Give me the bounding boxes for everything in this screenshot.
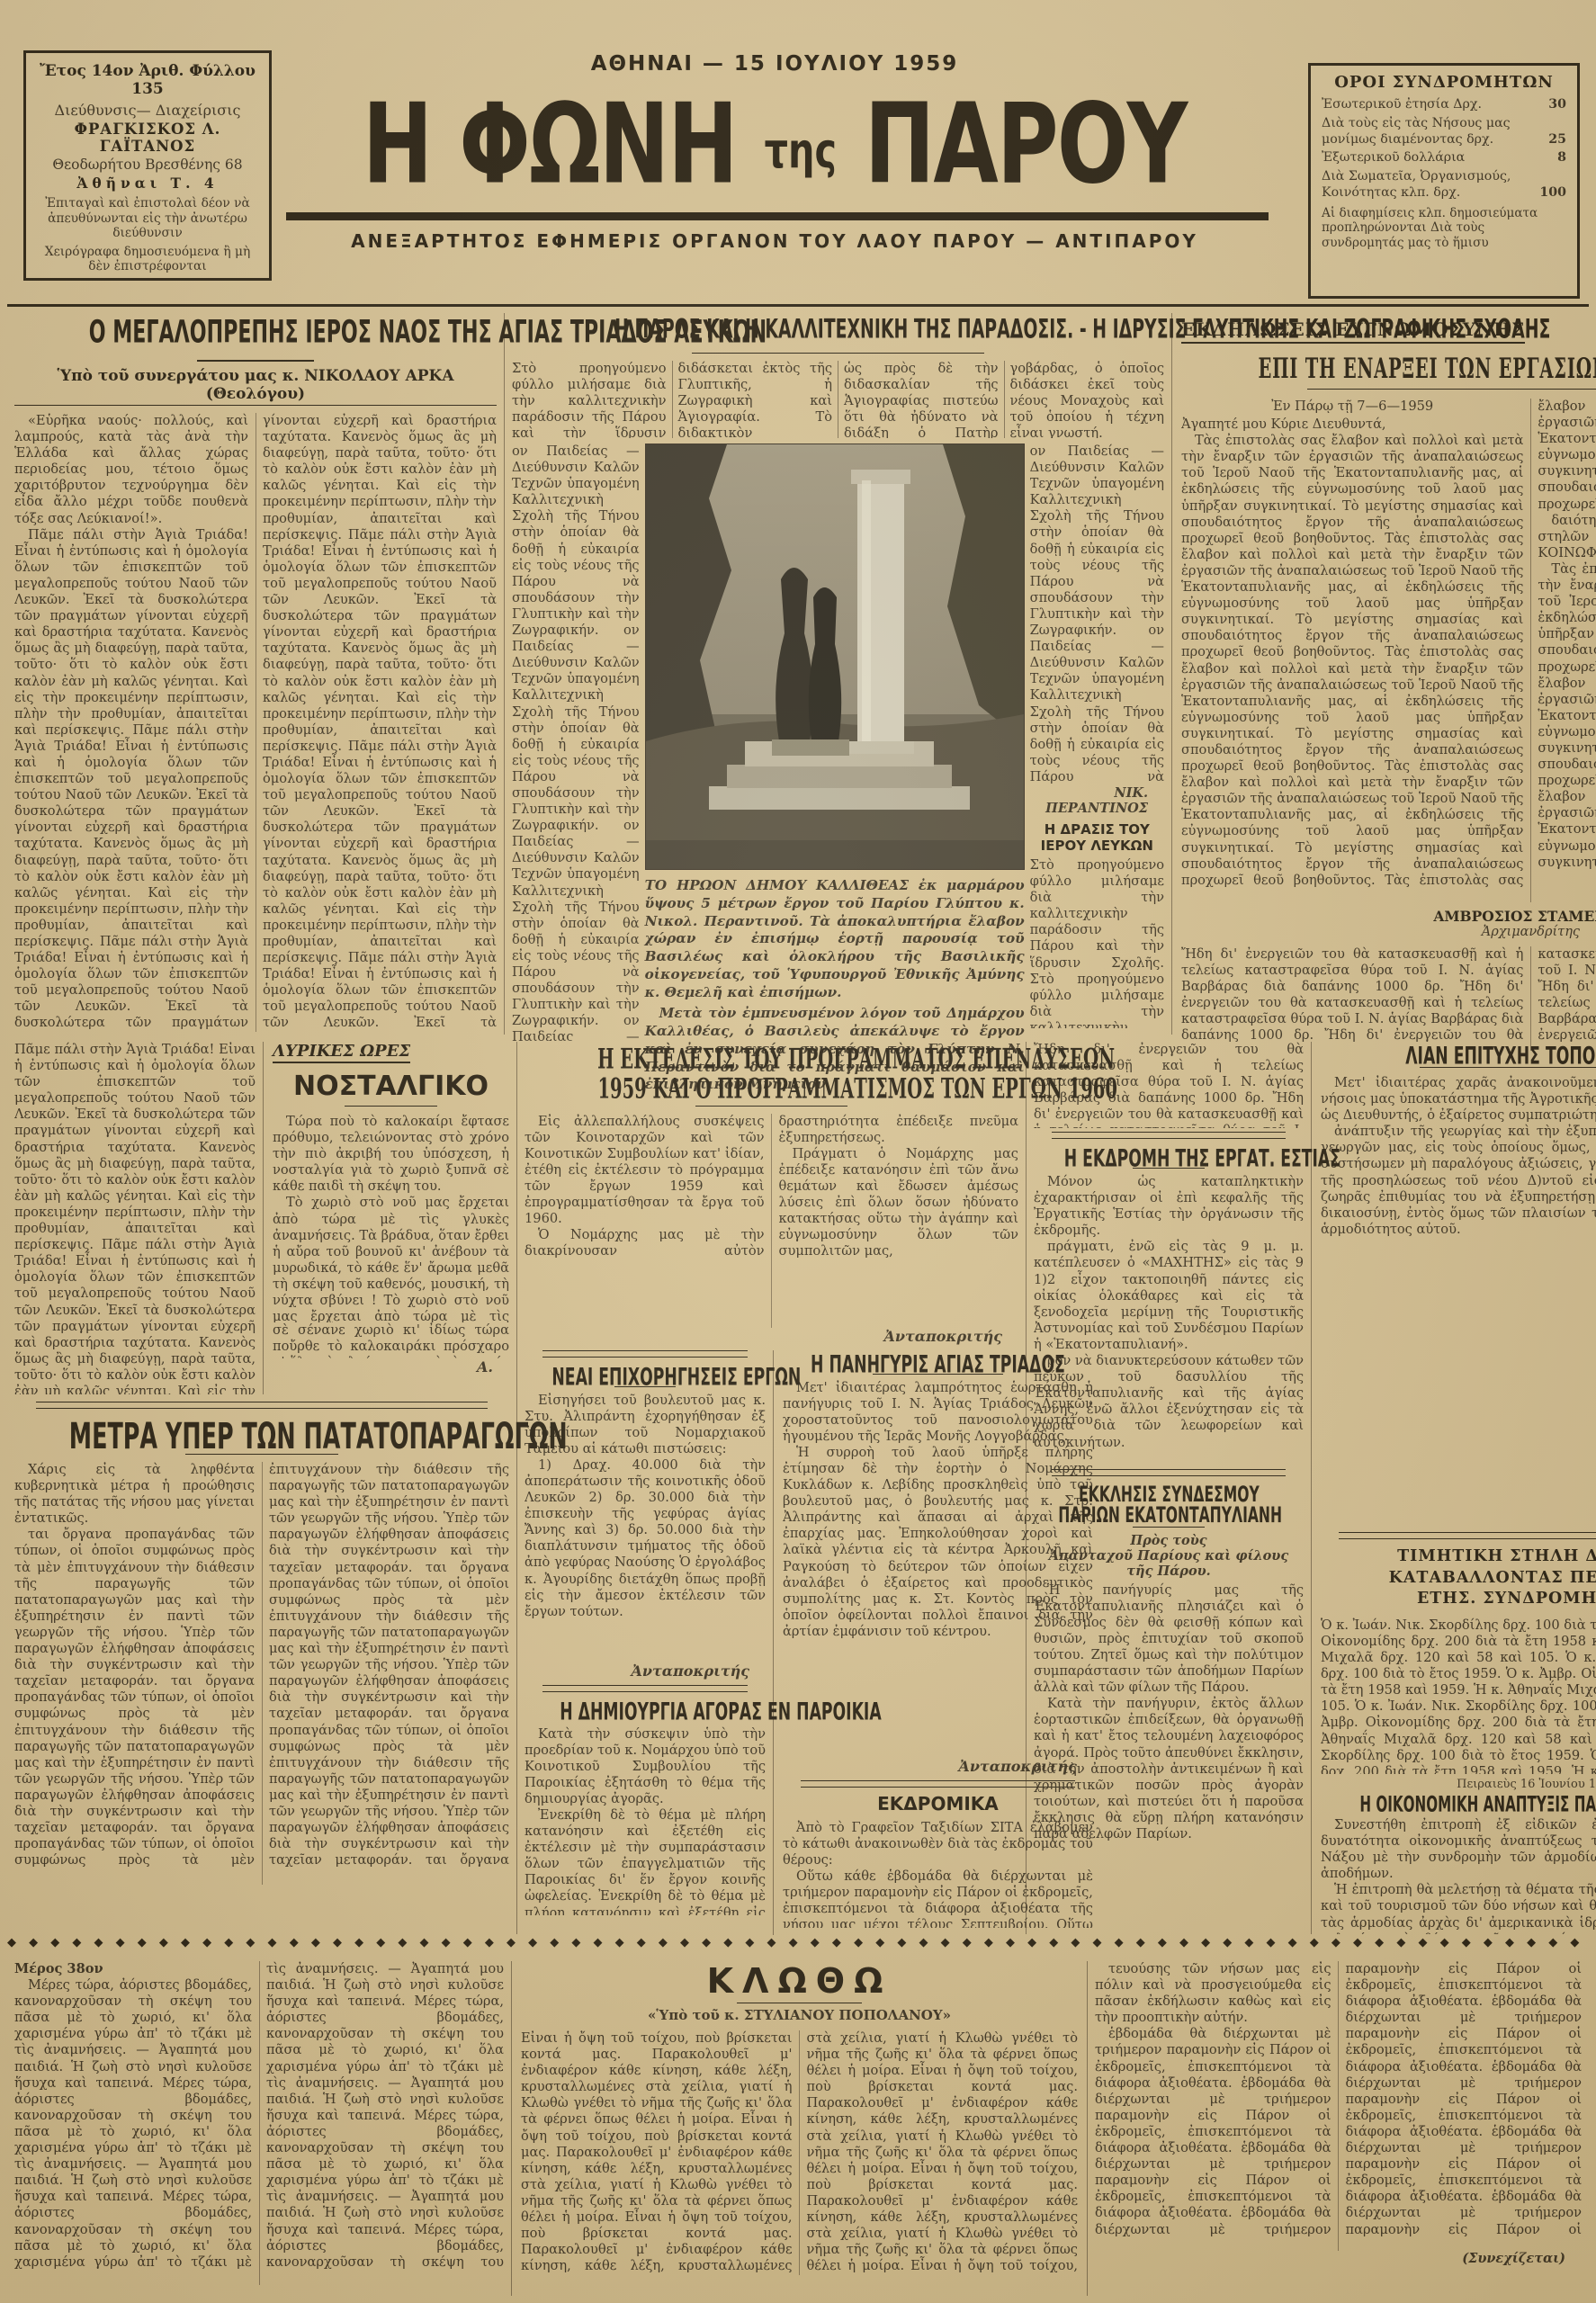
article-nostalgiko: ΛΥΡΙΚΕΣ ΩΡΕΣ ΝΟΣΤΑΛΓΙΚΟ Τώρα ποὺ τὸ καλο… <box>263 1042 509 1394</box>
article-kicker: ΛΥΡΙΚΕΣ ΩΡΕΣ <box>273 1042 410 1063</box>
masthead-rule <box>286 212 1269 220</box>
top-band: Ο ΜΕΓΑΛΟΠΡΕΠΗΣ ΙΕΡΟΣ ΝΑΟΣ ΤΗΣ ΑΓΙΑΣ ΤΡΙΑ… <box>7 313 1589 1035</box>
bottom-band: Μέρος 38ον Μέρες τώρα, ἀόριστες βδομάδες… <box>7 1961 1589 2296</box>
headline-rule <box>1307 389 1596 390</box>
mid-center-section: Η ΕΚΤΕΛΕΣΙΣ ΤΟΥ ΠΡΟΓΡΑΜΜΑΤΟΣ ΕΠΕΝΔΥΣΕΩΝ … <box>516 1042 1026 1934</box>
article-headline: ΚΛΩΘΩ <box>521 1961 1078 2001</box>
article-ependyseis-body: Εἰς ἀλλεπαλλήλους συσκέψεις τῶν Κοινοταρ… <box>525 1114 1018 1328</box>
photo-row: ον Παιδείας — Διεύθυνσιν Καλῶν Τεχνῶν ὑπ… <box>512 444 1164 1041</box>
article-panigyris-headline: Η ΠΑΝΗΓΥΡΙΣ ΑΓΙΑΣ ΤΡΙΑΔΟΣ <box>783 1350 1093 1372</box>
article-signature: Ἀνταποκριτής <box>525 1328 1018 1345</box>
terms-value: 100 <box>1539 185 1566 202</box>
article-signature: ΝΙΚ. ΠΕΡΑΝΤΙΝΟΣ <box>1030 785 1164 816</box>
mid-right-section: Ἤδη δι' ἐνεργειῶν του θὰ κατασκευασθῇ κα… <box>1026 1042 1596 1934</box>
bottom-right-text: τευούσης τῶν νήσων μας εἰς πόλιν καὶ νὰ … <box>1095 1961 1582 2251</box>
ornament-divider: ◆ ◆ ◆ ◆ ◆ ◆ ◆ ◆ ◆ ◆ ◆ ◆ ◆ ◆ ◆ ◆ ◆ ◆ ◆ ◆ … <box>7 1936 1589 1956</box>
article-lian-body: Μετ' ἰδιαιτέρας χαρᾶς ἀνακοινοῦμεν, ὅτι … <box>1321 1075 1596 1525</box>
serial-story-continuation: Μέρος 38ον Μέρες τώρα, ἀόριστες βδομάδες… <box>7 1961 511 2296</box>
subheadline: Η ΔΡΑΣΙΣ ΤΟΥ ΙΕΡΟΥ ΛΕΥΚΩΝ <box>1030 821 1164 854</box>
title-part-3: ΠΑΡΟΥ <box>865 79 1187 209</box>
article-ekklisis-headline: ΕΚΚΛΗΣΙΣ ΣΥΝΔΕΣΜΟΥ ΠΑΡΙΩΝ ΕΚΑΤΟΝΤΑΠΥΛΙΑΝ… <box>1034 1482 1304 1523</box>
terms-title: ΟΡΟΙ ΣΥΝΔΡΟΜΗΤΩΝ <box>1322 73 1566 92</box>
headline-ornament <box>197 360 314 362</box>
subscription-terms-box: ΟΡΟΙ ΣΥΝΔΡΟΜΗΤΩΝ Ἐσωτερικοῦ ἐτησία Δρχ.3… <box>1308 63 1580 299</box>
terms-value: 8 <box>1557 150 1566 166</box>
publisher-name: ΦΡΑΓΚΙΣΚΟΣ Λ. ΓΑΪΤΑΝΟΣ <box>37 121 258 155</box>
mid-left-section: Πᾶμε πάλι στὴν Ἁγιὰ Τριάδα! Εἶναι ἡ ἐντύ… <box>7 1042 516 1934</box>
article-ergatiki-headline: Η ΕΚΔΡΟΜΗ ΤΗΣ ΕΡΓΑΤ. ΕΣΤΙΑΣ <box>1034 1144 1304 1166</box>
terms-row: Ἐσωτερικοῦ ἐτησία Δρχ.30 <box>1322 97 1566 113</box>
article-ergatiki-body: Μόνον ὡς καταπληκτικὴν ἐχαρακτήρισαν οἱ … <box>1034 1174 1304 1464</box>
newspaper-front-page: Ἔτος 14ον Ἀριθ. Φύλλου 135 Διεύθυνσις— Δ… <box>0 0 1596 2303</box>
terms-value: 25 <box>1548 132 1566 148</box>
monument-photo <box>645 444 1025 870</box>
terms-row: Ἐξωτερικοῦ δολλάρια8 <box>1322 150 1566 166</box>
header-divider <box>7 304 1589 307</box>
dateline: ΑΘΗΝΑΙ — 15 ΙΟΥΛΙΟΥ 1959 <box>297 52 1252 76</box>
letter-dateline: Ἐν Πάρῳ τῇ 7—6—1959 <box>1181 399 1523 415</box>
right-subcolumn-b: ΛΙΑΝ ΕΠΙΤΥΧΗΣ ΤΟΠΟΘΕΤΗΣΙΣ Μετ' ἰδιαιτέρα… <box>1311 1042 1596 1934</box>
right-subcolumn-a: Ἤδη δι' ἐνεργειῶν του θὰ κατασκευασθῇ κα… <box>1034 1042 1311 1934</box>
title-part-2: της <box>765 121 837 179</box>
ekklisis-address: Πρὸς τοὺς Ἀπανταχοῦ Παρίους καὶ φίλους τ… <box>1034 1533 1304 1579</box>
article-agia-triada: Ο ΜΕΓΑΛΟΠΡΕΠΗΣ ΙΕΡΟΣ ΝΑΟΣ ΤΗΣ ΑΓΙΑΣ ΤΡΙΑ… <box>7 313 504 1035</box>
issue-number-line: Ἔτος 14ον Ἀριθ. Φύλλου 135 <box>37 62 258 98</box>
terms-row: Διὰ Σωματεῖα, Ὀργανισμούς, Κοινότητας κλ… <box>1322 169 1566 202</box>
oikonomiki-dateline: Πειραιεὺς 16 Ἰουνίου 1959 <box>1321 1778 1596 1791</box>
headline-rule <box>737 2003 862 2003</box>
article-byline: Ὑπὸ τοῦ συνεργάτου μας κ. ΝΙΚΟΛΑΟΥ ΑΡΚΑ … <box>14 367 497 406</box>
article-headline: ΝΟΣΤΑΛΓΙΚΟ <box>273 1071 509 1102</box>
publisher-city: Ἀθῆναι Τ. 4 <box>37 175 258 192</box>
management-line: Διεύθυνσις— Διαχείρισις <box>37 102 258 119</box>
remittance-note: Ἐπιταγαὶ καὶ ἐπιστολαὶ δέον νὰ ἀπευθύνων… <box>37 196 258 241</box>
continuation-column: Πᾶμε πάλι στὴν Ἁγιὰ Τριάδα! Εἶναι ἡ ἐντύ… <box>14 1042 263 1394</box>
article-body: Εἶναι ἡ ὄψη τοῦ τοίχου, ποὺ βρίσκεται κο… <box>521 2030 1078 2275</box>
manuscripts-note: Χειρόγραφα δημοσιευόμενα ἢ μὴ δὲν ἐπιστρ… <box>37 245 258 274</box>
serial-part-label: Μέρος 38ον <box>14 1961 252 1977</box>
letter-signature: ΑΜΒΡΟΣΙΟΣ ΣΤΑΜΕΝΑΣ <box>1181 908 1596 925</box>
terms-value: 30 <box>1548 97 1566 113</box>
article-body: Ἐν Πάρῳ τῇ 7—6—1959 Ἀγαπητέ μου Κύριε Δι… <box>1181 399 1596 902</box>
article-headline: ΕΠΙ ΤΗ ΕΝΑΡΞΕΙ ΤΩΝ ΕΡΓΑΣΙΩΝ ΑΝΑΠΑΛΑΙΩΣΕΩ… <box>1181 353 1596 385</box>
article-nees-headline: ΝΕΑΙ ΕΠΙΧΟΡΗΓΗΣΕΙΣ ΕΡΓΩΝ <box>525 1363 766 1384</box>
masthead-title: Η ΦΩΝΗ της ΠΑΡΟΥ <box>297 79 1252 212</box>
article-agora-body: Κατὰ τὴν σύσκεψιν ὑπὸ τὴν προεδρίαν τοῦ … <box>525 1726 766 1915</box>
article-headline: Ο ΜΕΓΑΛΟΠΡΕΠΗΣ ΙΕΡΟΣ ΝΑΟΣ ΤΗΣ ΑΓΙΑΣ ΤΡΙΑ… <box>14 315 497 356</box>
middle-band: Πᾶμε πάλι στὴν Ἁγιὰ Τριάδα! Εἶναι ἡ ἐντύ… <box>7 1042 1589 1934</box>
letter-signature-title: Ἀρχιμανδρίτης <box>1181 925 1596 939</box>
article-byline: «Ὑπὸ τοῦ κ. ΣΤΥΛΙΑΝΟΥ ΠΟΠΟΛΑΝΟΥ» <box>521 2007 1078 2023</box>
article-body: «Εὑρῆκα ναούς· πολλούς, καὶ λαμπρούς, κα… <box>14 413 497 1032</box>
article-metra-body: Χάρις εἰς τὰ ληφθέντα κυβερνητικὰ μέτρα … <box>14 1462 509 1885</box>
mid-left-top-row: Πᾶμε πάλι στὴν Ἁγιὰ Τριάδα! Εἶναι ἡ ἐντύ… <box>14 1042 509 1394</box>
monument-photo-image <box>646 444 1024 869</box>
publisher-address: Θεοδωρήτου Βρεσθένης 68 <box>37 157 258 173</box>
side-column-right: ον Παιδείας — Διεύθυνσιν Καλῶν Τεχνῶν ὑπ… <box>1025 444 1164 1041</box>
title-part-1: Η ΦΩΝΗ <box>363 79 737 209</box>
article-divider <box>36 1402 488 1409</box>
mid-center-subrow: ΝΕΑΙ ΕΠΙΧΟΡΗΓΗΣΕΙΣ ΕΡΓΩΝ Εἰσηγήσει τοῦ β… <box>525 1350 1018 1935</box>
terms-note: Αἱ διαφημίσεις κλπ. δημοσιεύματα προπληρ… <box>1322 206 1566 251</box>
continued-label: (Συνεχίζεται) <box>1095 2251 1582 2266</box>
article-agora-headline: Η ΔΗΜΙΟΥΡΓΙΑ ΑΓΟΡΑΣ ΕΝ ΠΑΡΟΙΚΙΑ <box>525 1698 766 1719</box>
article-body: Τώρα ποὺ τὸ καλοκαίρι ἔφτασε πρόθυμο, τε… <box>273 1114 509 1322</box>
article-metra-headline: ΜΕΤΡΑ ΥΠΕΡ ΤΩΝ ΠΑΤΑΤΟΠΑΡΑΓΩΓΩΝ <box>14 1416 509 1454</box>
article-oikonomiki-headline: Η ΟΙΚΟΝΟΜΙΚΗ ΑΝΑΠΤΥΞΙΣ ΠΑΡΟΥ ΚΑΙ ΝΑΞΟΥ <box>1321 1793 1596 1812</box>
article-timitiki-headline: ΤΙΜΗΤΙΚΗ ΣΤΗΛΗ ΔΙΑ ΤΟΥΣ ΚΑΤΑΒΑΛΛΟΝΤΑΣ ΠΕ… <box>1321 1546 1596 1610</box>
headline-rule <box>345 1106 437 1107</box>
article-gratitude: ΕΚΔΗΛΩΣΕΙΣ ΕΥΓΝΩΜΟΣΥΝΗΣ ΕΠΙ ΤΗ ΕΝΑΡΞΕΙ Τ… <box>1171 313 1596 1035</box>
article-ependyseis-headline: Η ΕΚΤΕΛΕΣΙΣ ΤΟΥ ΠΡΟΓΡΑΜΜΑΤΟΣ ΕΠΕΝΔΥΣΕΩΝ … <box>525 1042 1018 1100</box>
letter-salutation: Ἀγαπητέ μου Κύριε Διευθυντά, <box>1181 417 1523 433</box>
article-klotho: ΚΛΩΘΩ «Ὑπὸ τοῦ κ. ΣΤΥΛΙΑΝΟΥ ΠΟΠΟΛΑΝΟΥ» Ε… <box>511 1961 1087 2296</box>
article-signature: Α. <box>273 1358 509 1376</box>
terms-row: Διὰ τοὺς εἰς τὰς Νήσους μας μονίμως διαμ… <box>1322 116 1566 148</box>
article-ekklisis-body: Ἡ πανήγυρίς μας τῆς Ἑκατονταπυλιανῆς πλη… <box>1034 1582 1304 1879</box>
article-lian-headline: ΛΙΑΝ ΕΠΙΤΥΧΗΣ ΤΟΠΟΘΕΤΗΣΙΣ <box>1321 1042 1596 1063</box>
photo-and-caption: ΤΟ ΗΡΩΟΝ ΔΗΜΟΥ ΚΑΛΛΙΘΕΑΣ ἐκ μαρμάρου ὕψο… <box>645 444 1025 1041</box>
article-intro-row: Στὸ προηγούμενο φύλλο μιλήσαμε διὰ τὴν κ… <box>512 361 1164 438</box>
masthead-subtitle: ΑΝΕΞΑΡΤΗΤΟΣ ΕΦΗΜΕΡΙΣ ΟΡΓΑΝΟΝ ΤΟΥ ΛΑΟΥ ΠΑ… <box>297 230 1252 252</box>
side-column-left: ον Παιδείας — Διεύθυνσιν Καλῶν Τεχνῶν ὑπ… <box>512 444 645 1041</box>
bottom-right-columns: τευούσης τῶν νήσων μας εἰς πόλιν καὶ νὰ … <box>1087 1961 1589 2296</box>
article-art-school: Η ΠΑΡΟΣ ΚΑΙ Η ΚΑΛΛΙΤΕΧΝΙΚΗ ΤΗΣ ΠΑΡΑΔΟΣΙΣ… <box>504 313 1171 1035</box>
issue-info-box: Ἔτος 14ον Ἀριθ. Φύλλου 135 Διεύθυνσις— Δ… <box>23 50 272 281</box>
donor-list: Ὁ κ. Ἰωάν. Νικ. Σκορδίλης δρχ. 100 διὰ τ… <box>1321 1617 1596 1774</box>
article-oikonomiki-body: Συνεστήθη ἐπιτροπὴ ἐξ εἰδικῶν ἐπιστημόνω… <box>1321 1817 1596 1934</box>
article-signature: Ἀνταποκριτής <box>525 1662 766 1680</box>
headline-rule <box>692 353 984 354</box>
